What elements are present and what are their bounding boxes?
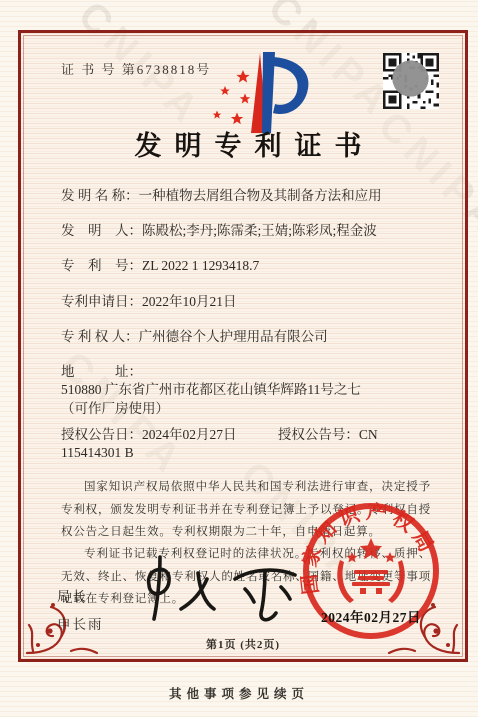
footer-note: 其他事项参见续页 [0,684,478,702]
field-application-date: 专利申请日：2022年10月21日 [61,293,435,311]
field-value: ZL 2022 1 1293418.7 [142,257,259,275]
certificate-title: 发明专利证书 [61,124,435,163]
field-address: 地 址：510880 广东省广州市花都区花山镇华辉路11号之七（可作厂房使用） [61,363,435,418]
field-grant-row: 授权公告日：2024年02月27日 授权公告号：CN 115414301 B [61,426,435,462]
field-label: 发 明 人： [61,222,142,240]
commissioner-title: 局长 [57,583,104,611]
field-patent-number: 专 利 号：ZL 2022 1 1293418.7 [61,257,435,275]
field-inventors: 发 明 人：陈殿松;李丹;陈霈柔;王婧;陈彩凤;程金波 [61,222,435,240]
seal-date: 2024年02月27日 [300,606,442,626]
signature-icon [119,551,319,646]
field-label: 地 址： [61,363,142,381]
field-value: 一种植物去屑组合物及其制备方法和应用 [139,187,382,205]
field-invention-name: 发 明 名 称：一种植物去屑组合物及其制备方法和应用 [61,187,435,205]
field-label: 授权公告号： [278,426,359,444]
field-label: 授权公告日： [61,426,142,444]
field-label: 专 利 权 人： [61,328,139,346]
field-value: 510880 广东省广州市花都区花山镇华辉路11号之七（可作厂房使用） [61,381,377,417]
field-patentee: 专 利 权 人：广州德谷个人护理用品有限公司 [61,328,435,346]
commissioner-block: 局长 申长雨 [57,583,104,640]
field-value: 陈殿松;李丹;陈霈柔;王婧;陈彩凤;程金波 [142,222,377,240]
field-label: 专利申请日： [61,293,142,311]
field-value: 2024年02月27日 [142,427,237,442]
field-label: 发 明 名 称： [61,187,139,205]
field-label: 专 利 号： [61,257,142,275]
field-value: 2022年10月21日 [142,293,237,311]
certificate-number: 证 书 号 第6738818号 [61,59,435,78]
grant-date-pair: 授权公告日：2024年02月27日 [61,427,237,442]
field-value: 广州德谷个人护理用品有限公司 [139,328,328,346]
